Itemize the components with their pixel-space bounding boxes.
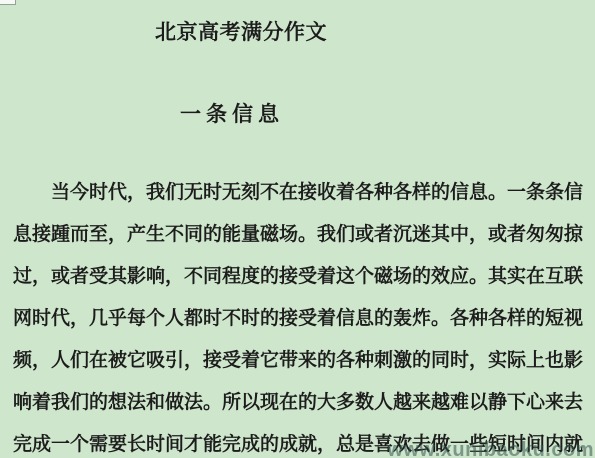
document-page: 北京高考满分作文 一条信息 当今时代，我们无时无刻不在接收着各种各样的信息。一条…: [0, 0, 595, 458]
page-corner-artifact: [0, 0, 16, 5]
body-line: 息接踵而至，产生不同的能量磁场。我们或者沉迷其中，或者匆匆掠: [13, 214, 583, 256]
body-line: 当今时代，我们无时无刻不在接收着各种各样的信息。一条条信: [13, 172, 583, 214]
site-watermark: www.xunibaoku.com: [387, 439, 594, 458]
body-line: 频，人们在被它吸引，接受着它带来的各种刺激的同时，实际上也影: [13, 340, 583, 382]
document-title: 北京高考满分作文: [155, 16, 327, 46]
body-line: 网时代，几乎每个人都时不时的接受着信息的轰炸。各种各样的短视: [13, 298, 583, 340]
essay-body: 当今时代，我们无时无刻不在接收着各种各样的信息。一条条信 息接踵而至，产生不同的…: [13, 172, 583, 458]
body-line: 过，或者受其影响，不同程度的接受着这个磁场的效应。其实在互联: [13, 256, 583, 298]
essay-title: 一条信息: [180, 98, 284, 128]
body-line: 响着我们的想法和做法。所以现在的大多数人越来越难以静下心来去: [13, 382, 583, 424]
